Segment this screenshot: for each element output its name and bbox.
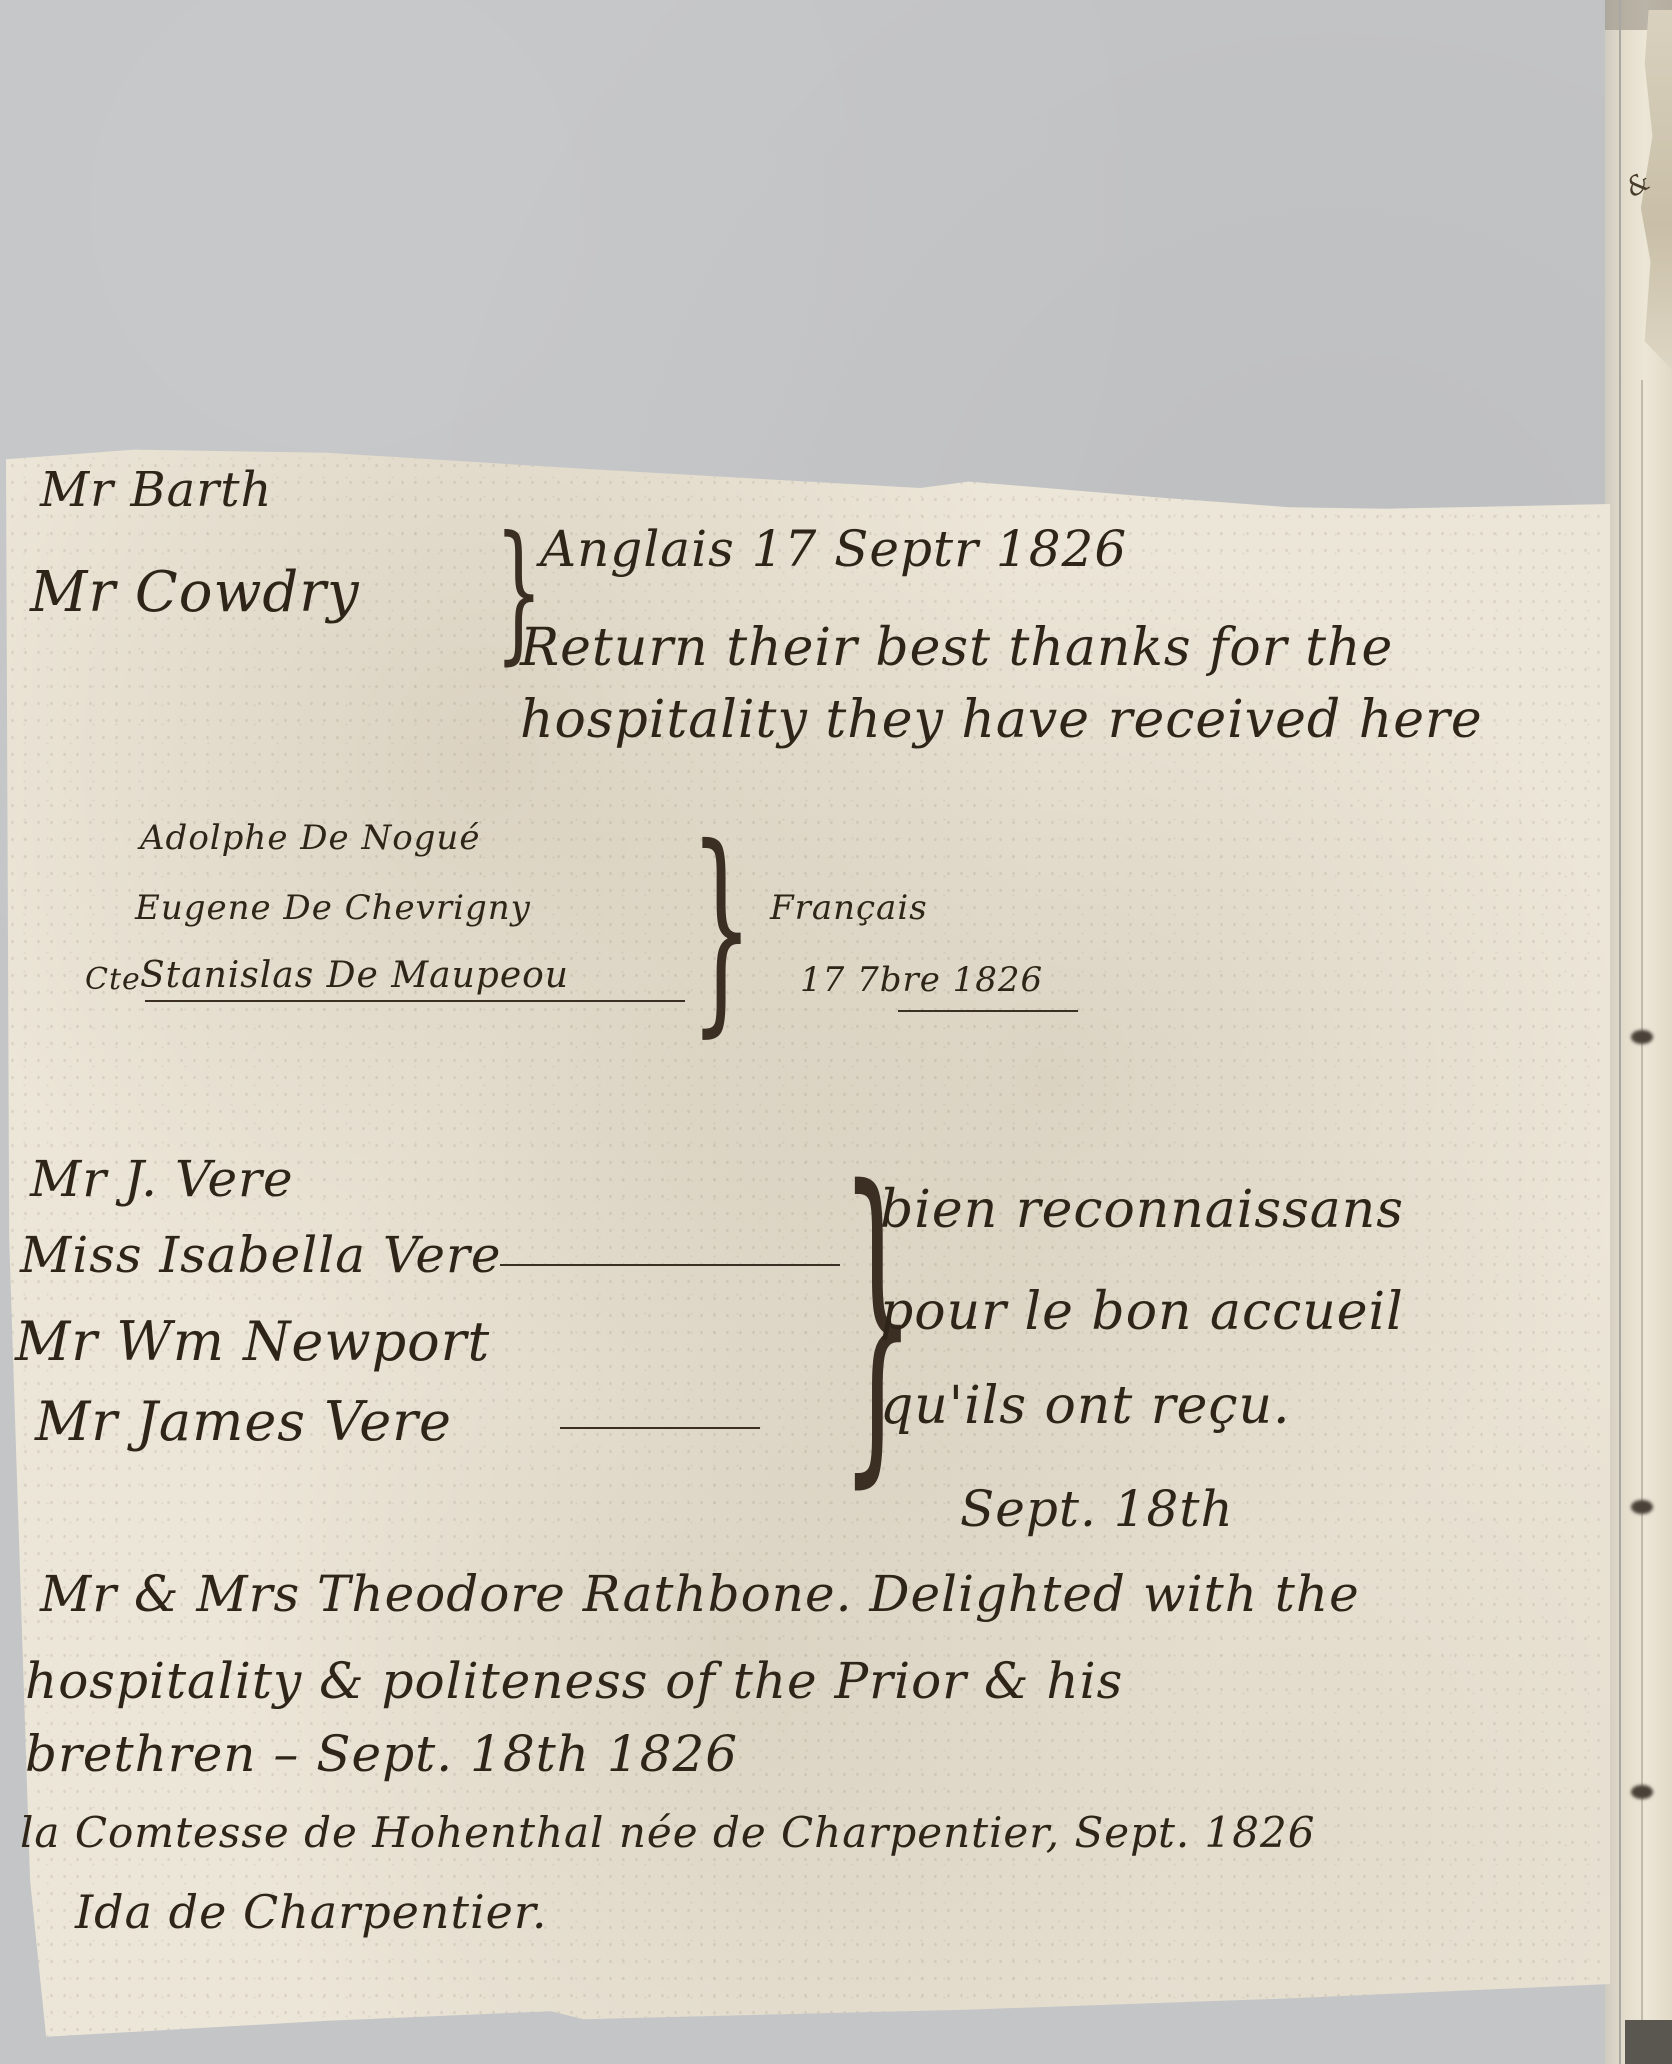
signature-name: Mr J. Vere xyxy=(30,1150,294,1208)
message-line: bien reconnaissans xyxy=(880,1180,1404,1240)
binding-fold-line xyxy=(1619,0,1621,2064)
signature-name: Mr Barth xyxy=(40,462,272,518)
signature-name: Mr James Vere xyxy=(35,1390,452,1453)
signature-name: Mr Cowdry xyxy=(30,560,360,625)
book-binding-edge: & xyxy=(1605,0,1672,2064)
message-line: qu'ils ont reçu. xyxy=(880,1376,1291,1436)
nationality: Français xyxy=(770,888,928,928)
underline-stroke xyxy=(898,1010,1078,1012)
message-line: hospitality they have received here xyxy=(520,690,1483,750)
underline-stroke xyxy=(145,1000,685,1002)
signature-line: la Comtesse de Hohenthal née de Charpent… xyxy=(20,1808,1315,1857)
signature-name: Miss Isabella Vere xyxy=(20,1226,502,1284)
message-line: pour le bon accueil xyxy=(880,1282,1404,1342)
message-line: Return their best thanks for the xyxy=(520,618,1393,678)
signature-name: Adolphe De Nogué xyxy=(140,818,480,858)
signature-name: Mr Wm Newport xyxy=(15,1310,490,1373)
signature-line: Ida de Charpentier. xyxy=(75,1885,547,1939)
signature-name: Eugene De Chevrigny xyxy=(135,888,531,928)
grouping-brace: } xyxy=(690,800,753,1056)
binding-bottom-shadow xyxy=(1625,2020,1672,2064)
binding-stitch-hole xyxy=(1631,1500,1653,1514)
binding-stitch-hole xyxy=(1631,1785,1653,1799)
message-line: hospitality & politeness of the Prior & … xyxy=(25,1652,1123,1710)
underline-stroke xyxy=(560,1427,760,1429)
underline-stroke xyxy=(500,1264,840,1266)
nationality-date: Anglais 17 Septr 1826 xyxy=(540,520,1127,578)
entry-date: Sept. 18th xyxy=(960,1480,1234,1538)
entry-date: 17 7bre 1826 xyxy=(800,960,1043,1000)
binding-stitch-hole xyxy=(1631,1030,1653,1044)
message-line: brethren – Sept. 18th 1826 xyxy=(25,1725,738,1783)
binding-gutter-line xyxy=(1641,380,1643,2020)
signature-name: Stanislas De Maupeou xyxy=(140,955,569,996)
message-line: Mr & Mrs Theodore Rathbone. Delighted wi… xyxy=(40,1565,1360,1623)
title-prefix: Cte xyxy=(85,962,141,997)
